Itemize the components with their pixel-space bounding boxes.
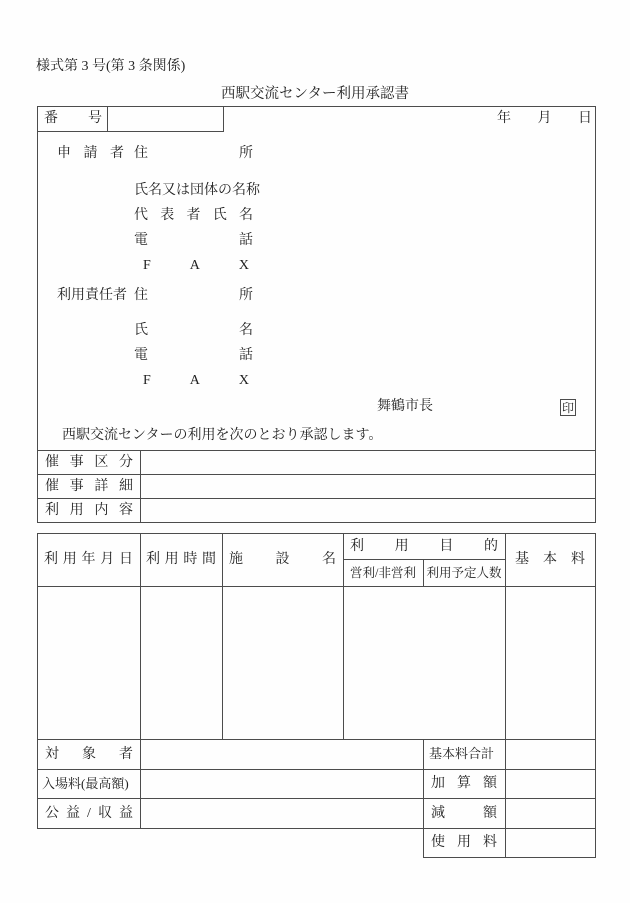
- form-number: 様式第 3 号(第 3 条関係): [36, 59, 185, 75]
- public-profit-label: 公益/収益: [45, 806, 133, 822]
- reduction-amount-label: 減額: [431, 806, 497, 822]
- usage-table-body: [38, 587, 595, 739]
- usage-date-header: 利用年月日: [44, 552, 133, 568]
- number-label: 番号: [44, 111, 102, 127]
- event-content-label: 利用内容: [45, 503, 133, 519]
- grid-line: [595, 106, 596, 523]
- form-page: 様式第 3 号(第 3 条関係) 西駅交流センター利用承認書 番号 年月日 申請…: [0, 0, 630, 903]
- page-title: 西駅交流センター利用承認書: [0, 86, 630, 103]
- manager-label: 利用責任者: [57, 288, 127, 304]
- manager-phone-label: 電話: [134, 348, 253, 364]
- approval-statement: 西駅交流センターの利用を次のとおり承認します。: [62, 428, 382, 444]
- seal-box: 印: [560, 399, 576, 416]
- profit-header: 営利/非営利: [343, 566, 423, 580]
- number-value-box: [108, 107, 223, 131]
- grid-line: [423, 857, 596, 858]
- grid-line: [37, 533, 595, 534]
- event-detail-label: 催事詳細: [45, 479, 133, 495]
- base-fee-total-value: [506, 740, 595, 769]
- applicant-fax-label: FAX: [143, 258, 249, 274]
- event-content-value: [141, 499, 595, 522]
- date-label: 年月日: [497, 111, 592, 127]
- addition-amount-value: [506, 770, 595, 798]
- applicant-phone-label: 電話: [134, 233, 253, 249]
- base-fee-total-label: 基本料合計: [429, 747, 494, 762]
- grid-line: [37, 131, 224, 132]
- admission-fee-label: 入場料(最高額): [42, 777, 129, 792]
- addition-amount-label: 加算額: [431, 776, 497, 792]
- usage-time-header: 利用時間: [146, 552, 216, 568]
- applicant-label: 申請者: [57, 146, 124, 162]
- facility-name-header: 施設名: [229, 552, 336, 568]
- grid-line: [37, 522, 595, 523]
- usage-fee-value: [506, 829, 595, 857]
- grid-line: [37, 106, 38, 523]
- event-category-value: [141, 451, 595, 474]
- usage-purpose-header: 利用目的: [350, 539, 498, 555]
- target-person-label: 対象者: [45, 747, 133, 763]
- applicant-representative-label: 代表者氏名: [134, 208, 253, 224]
- public-profit-value: [141, 799, 423, 828]
- grid-line: [223, 106, 224, 132]
- usage-fee-label: 使用料: [431, 835, 497, 851]
- seal-label: 印: [562, 399, 574, 416]
- people-count-header: 利用予定人数: [423, 566, 505, 580]
- manager-fax-label: FAX: [143, 373, 249, 389]
- grid-line: [595, 533, 596, 858]
- admission-fee-value: [141, 770, 423, 798]
- applicant-name-label: 氏名又は団体の名称: [134, 183, 260, 199]
- target-person-value: [141, 740, 423, 769]
- grid-line: [423, 739, 424, 857]
- event-detail-value: [141, 475, 595, 498]
- grid-line: [343, 559, 505, 560]
- manager-address-label: 住所: [134, 288, 253, 304]
- applicant-address-label: 住所: [134, 146, 253, 162]
- reduction-amount-value: [506, 799, 595, 828]
- manager-name-label: 氏名: [134, 323, 253, 339]
- event-category-label: 催事区分: [45, 455, 133, 471]
- base-fee-header: 基本料: [515, 552, 585, 568]
- mayor-label: 舞鶴市長: [377, 399, 433, 415]
